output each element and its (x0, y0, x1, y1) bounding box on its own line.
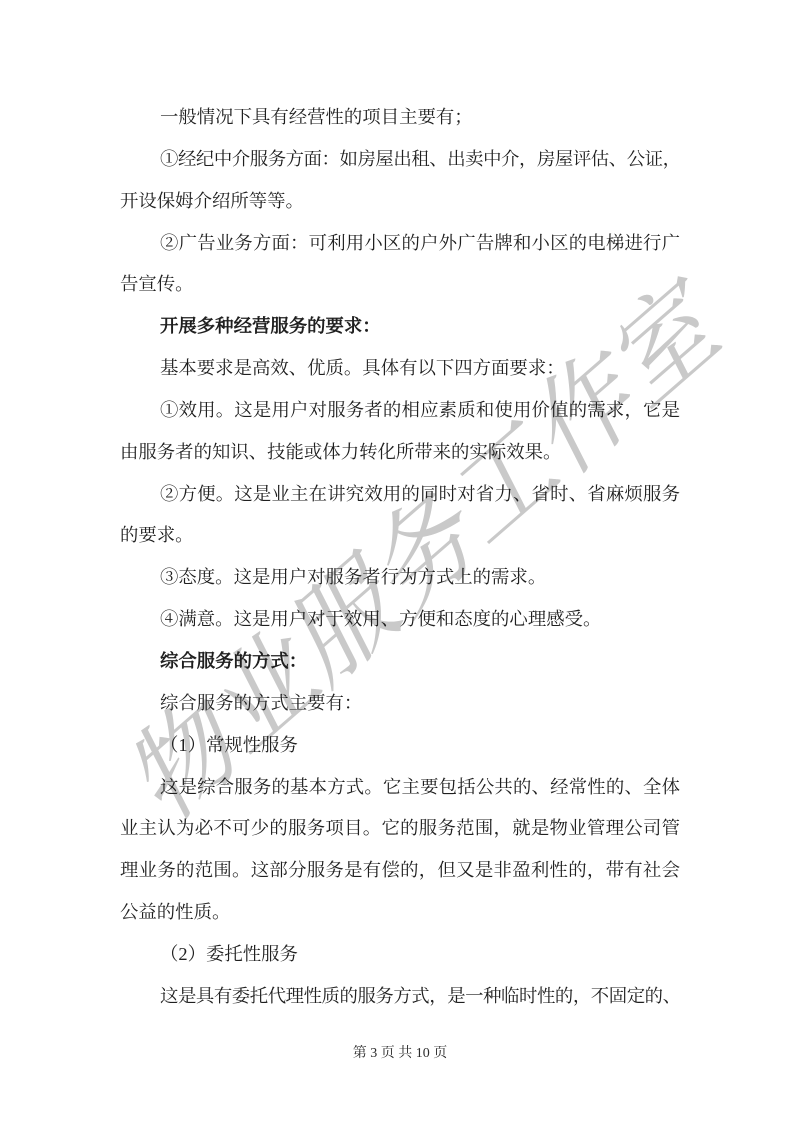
section-heading: 综合服务的方式： (120, 641, 680, 683)
text-line: ②广告业务方面：可利用小区的户外广告牌和小区的电梯进行广 (120, 223, 680, 265)
text-line: ③态度。这是用户对服务者行为方式上的需求。 (120, 557, 680, 599)
text-line: 的要求。 (120, 515, 680, 557)
text-line: 综合服务的方式主要有： (120, 683, 680, 725)
text-line: 理业务的范围。这部分服务是有偿的，但又是非盈利性的，带有社会 (120, 850, 680, 892)
text-line: 这是综合服务的基本方式。它主要包括公共的、经常性的、全体 (120, 767, 680, 809)
text-line: 由服务者的知识、技能或体力转化所带来的实际效果。 (120, 432, 680, 474)
text-line: 基本要求是高效、优质。具体有以下四方面要求： (120, 348, 680, 390)
text-line: ①效用。这是用户对服务者的相应素质和使用价值的需求，它是 (120, 390, 680, 432)
list-item-heading: （1）常规性服务 (120, 725, 680, 767)
text-line: 开设保姆介绍所等等。 (120, 181, 680, 223)
text-line: 公益的性质。 (120, 892, 680, 934)
text-line: 告宣传。 (120, 264, 680, 306)
text-line: ①经纪中介服务方面：如房屋出租、出卖中介，房屋评估、公证， (120, 139, 680, 181)
text-line: 一般情况下具有经营性的项目主要有； (120, 97, 680, 139)
page-footer: 第 3 页 共 10 页 (0, 1045, 800, 1063)
list-item-heading: （2）委托性服务 (120, 934, 680, 976)
text-line: 这是具有委托代理性质的服务方式，是一种临时性的，不固定的、 (120, 976, 680, 1018)
document-page: 物业服务工作室 一般情况下具有经营性的项目主要有； ①经纪中介服务方面：如房屋出… (0, 0, 800, 1131)
text-line: ②方便。这是业主在讲究效用的同时对省力、省时、省麻烦服务 (120, 474, 680, 516)
document-body: 一般情况下具有经营性的项目主要有； ①经纪中介服务方面：如房屋出租、出卖中介，房… (120, 97, 680, 1018)
text-line: ④满意。这是用户对于效用、方便和态度的心理感受。 (120, 599, 680, 641)
section-heading: 开展多种经营服务的要求： (120, 306, 680, 348)
text-line: 业主认为必不可少的服务项目。它的服务范围，就是物业管理公司管 (120, 808, 680, 850)
